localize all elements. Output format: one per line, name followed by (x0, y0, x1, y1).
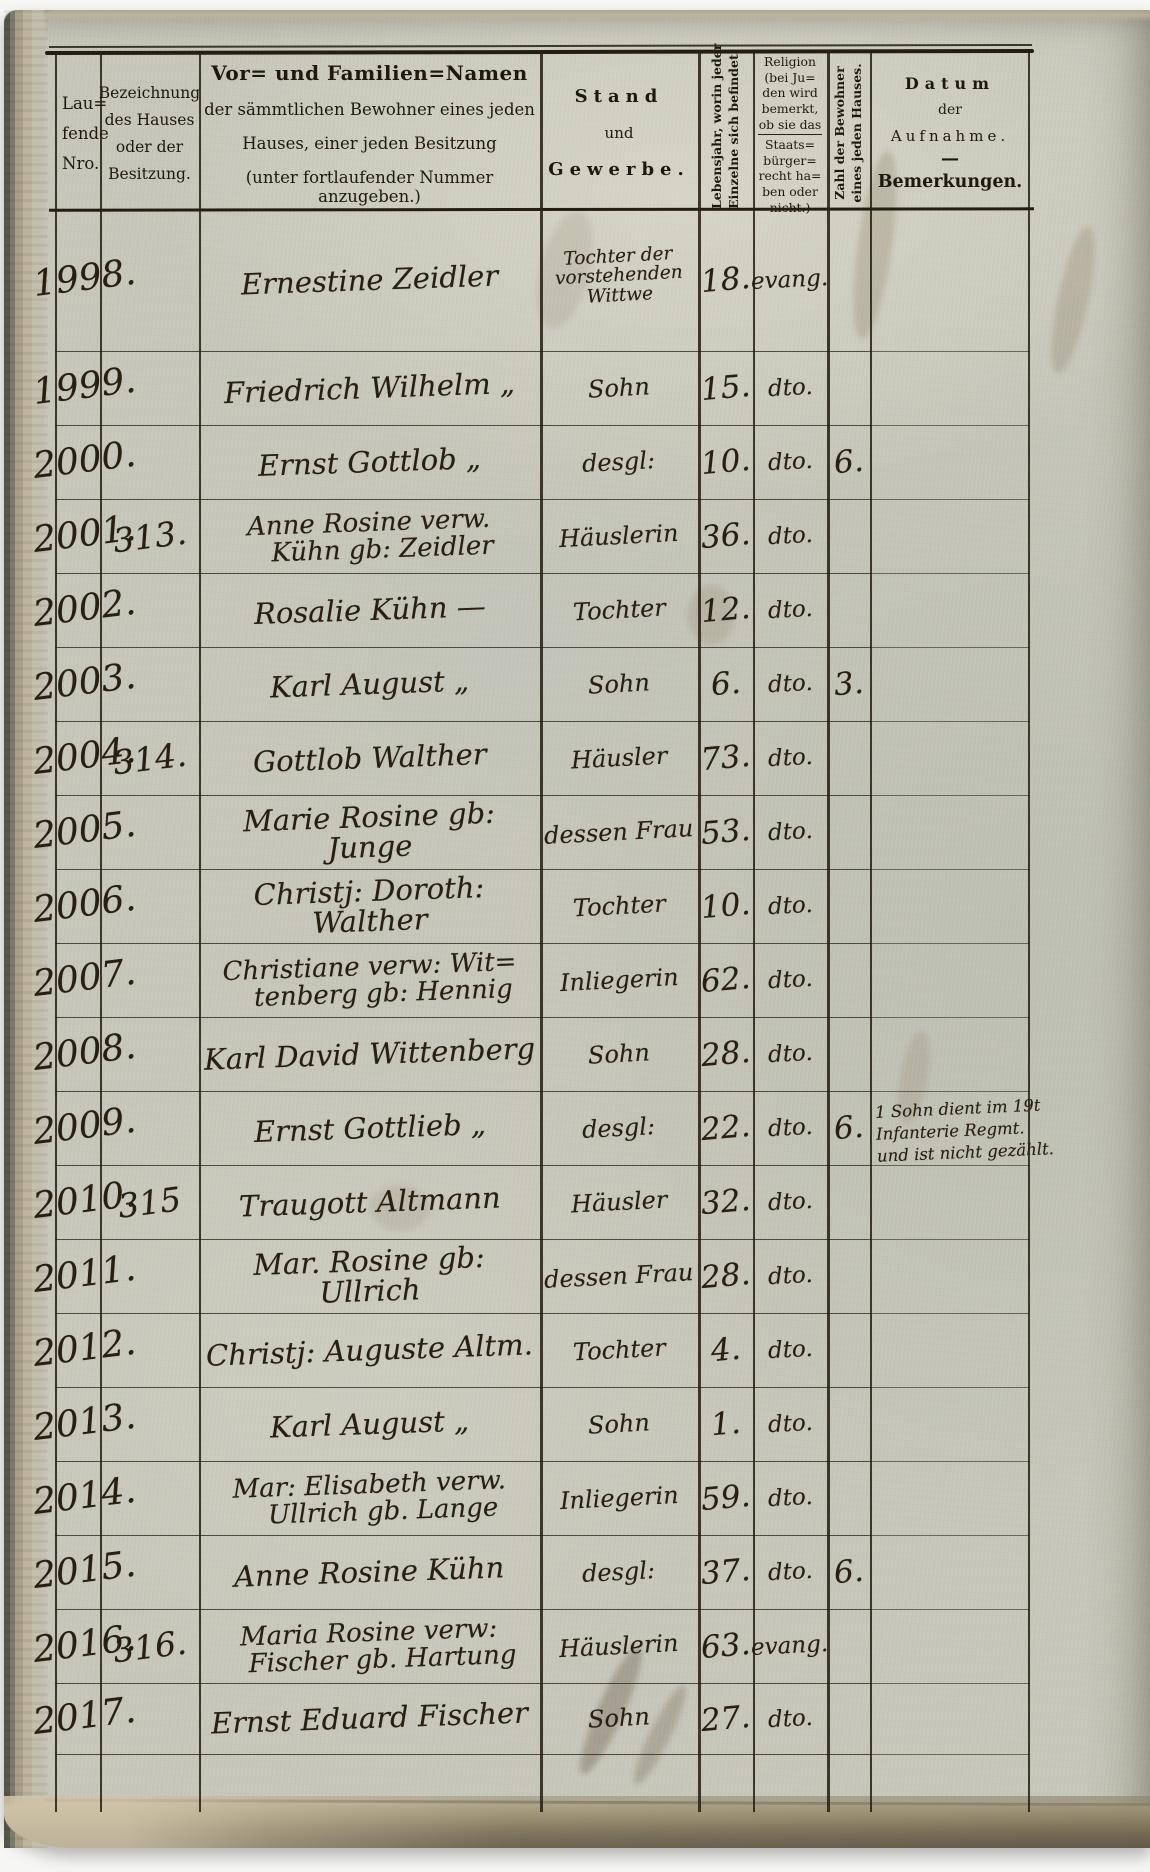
text-line: desgl: (582, 1558, 656, 1587)
house-number-cell (100, 210, 199, 352)
household-count-cell (827, 944, 870, 1018)
household-count-cell: 6. (827, 1092, 870, 1166)
text-line: Häuslerin (559, 1631, 680, 1662)
column-header-age: Lebensjahr, worin jeder Einzelne sich be… (698, 51, 753, 215)
religion: dto. (767, 820, 813, 845)
age: 15. (700, 371, 752, 406)
age-cell: 32. (698, 1166, 753, 1240)
age: 37. (700, 1555, 752, 1590)
text-line: Häuslerin (559, 521, 680, 552)
text-line: Gottlob Walther (252, 740, 487, 778)
resident-name-cell: Ernst Gottlob „ (199, 426, 540, 500)
religion-cell: dto. (753, 1388, 827, 1462)
resident-name: Christj: Auguste Altm. (206, 1330, 534, 1371)
register-row: 2015.Anne Rosine Kühndesgl:37.dto.6. (55, 1536, 1030, 1610)
age-cell: 15. (698, 352, 753, 426)
remark-cell (870, 722, 1030, 796)
text-line: Marie Rosine gb: Junge (198, 797, 541, 868)
occupation: dessen Frau (544, 816, 695, 849)
age: 53. (700, 815, 752, 850)
table-rows: 1998.Ernestine ZeidlerTochter dervorsteh… (55, 210, 1030, 1755)
religion-cell: dto. (753, 796, 827, 870)
occupation: Sohn (587, 374, 650, 402)
age-cell: 36. (698, 500, 753, 574)
remark-cell (870, 1536, 1030, 1610)
register-row: 2005.Marie Rosine gb: Jungedessen Frau53… (55, 796, 1030, 870)
occupation-cell: Sohn (540, 352, 698, 426)
resident-name: Ernst Gottlieb „ (253, 1110, 486, 1148)
house-number-cell (100, 1018, 199, 1092)
occupation: Sohn (587, 1040, 650, 1068)
house-number: 315 (116, 1182, 183, 1222)
remark-cell (870, 426, 1030, 500)
age-cell: 59. (698, 1462, 753, 1536)
house-number-cell (100, 944, 199, 1018)
age: 32. (700, 1185, 752, 1220)
row-number-cell: 2003. (55, 648, 100, 722)
age-cell: 4. (698, 1314, 753, 1388)
age: 28. (700, 1259, 752, 1294)
text-line: desgl: (582, 448, 656, 477)
resident-name-cell: Mar. Rosine gb: Ullrich (199, 1240, 540, 1314)
register-row: 2001.313.Anne Rosine verw.Kühn gb: Zeidl… (55, 500, 1030, 574)
house-number: 314. (111, 738, 188, 780)
column-header-religion: Religion (bei Ju= den wird bemerkt, ob s… (753, 51, 827, 215)
text-line: Sohn (587, 374, 650, 402)
house-number-cell (100, 1536, 199, 1610)
occupation: Tochter dervorstehendenWittwe (554, 244, 685, 309)
register-row: 2000.Ernst Gottlob „desgl:10.dto.6. (55, 426, 1030, 500)
house-number-cell (100, 1684, 199, 1755)
row-number-cell: 2004. (55, 722, 100, 796)
resident-name: Traugott Altmann (238, 1183, 501, 1222)
text-line: Ernst Eduard Fischer (211, 1699, 529, 1740)
column-header-nro: Lau= fende Nro. (55, 51, 100, 215)
remark-cell (870, 500, 1030, 574)
house-number-cell (100, 352, 199, 426)
age-cell: 12. (698, 574, 753, 648)
household-count-cell (827, 1240, 870, 1314)
resident-name-cell: Karl August „ (199, 1388, 540, 1462)
text-line: Sohn (587, 1040, 650, 1068)
house-number: 316. (111, 1626, 188, 1668)
table-grid-line (753, 51, 755, 1812)
remark-cell (870, 1388, 1030, 1462)
register-table: Lau= fende Nro. Bezeichnung des Hauses o… (55, 45, 1030, 1812)
text-line: desgl: (582, 1114, 656, 1143)
row-number-cell: 2010. (55, 1166, 100, 1240)
occupation-cell: Inliegerin (540, 1462, 698, 1536)
header-text-line: des Hauses (105, 111, 195, 129)
header-text-line: der sämmtlichen Bewohner eines jeden (204, 100, 535, 119)
text-line: Mar. Rosine gb: Ullrich (198, 1241, 541, 1312)
resident-name: Anne Rosine Kühn (234, 1553, 505, 1592)
row-number-cell: 2012. (55, 1314, 100, 1388)
resident-name: Maria Rosine verw:Fischer gb. Hartung (222, 1615, 518, 1678)
age: 27. (700, 1701, 752, 1736)
text-line: Kühn gb: Zeidler (271, 532, 494, 566)
house-number-cell: 314. (100, 722, 199, 796)
occupation: dessen Frau (544, 1260, 695, 1293)
household-count-cell: 3. (827, 648, 870, 722)
religion-cell: evang. (753, 210, 827, 352)
occupation: Inliegerin (559, 965, 679, 996)
remark: 1 Sohn dient im 19tInfanterie Regmt.und … (875, 1092, 1098, 1167)
religion: dto. (767, 1486, 813, 1511)
household-count: 6. (832, 1112, 864, 1145)
resident-name-cell: Gottlob Walther (199, 722, 540, 796)
household-count-cell (827, 796, 870, 870)
resident-name: Mar: Elisabeth verw.Ullrich gb. Lange (232, 1467, 507, 1530)
religion-cell: dto. (753, 1536, 827, 1610)
occupation-cell: desgl: (540, 426, 698, 500)
register-row: 2007.Christiane verw: Wit=tenberg gb: He… (55, 944, 1030, 1018)
row-number-cell: 2006. (55, 870, 100, 944)
remark-cell (870, 796, 1030, 870)
remark-cell (870, 210, 1030, 352)
occupation-cell: Häuslerin (540, 1610, 698, 1684)
row-number-cell: 2001. (55, 500, 100, 574)
religion-cell: dto. (753, 648, 827, 722)
religion-cell: dto. (753, 1092, 827, 1166)
resident-name: Mar. Rosine gb: Ullrich (198, 1241, 541, 1312)
age-cell: 37. (698, 1536, 753, 1610)
resident-name: Gottlob Walther (252, 740, 487, 778)
text-line: Karl David Wittenberg (203, 1034, 535, 1075)
resident-name-cell: Friedrich Wilhelm „ (199, 352, 540, 426)
resident-name-cell: Mar: Elisabeth verw.Ullrich gb. Lange (199, 1462, 540, 1536)
header-text-line: Besitzung. (108, 165, 191, 183)
occupation-cell: Tochter (540, 870, 698, 944)
resident-name-cell: Karl August „ (199, 648, 540, 722)
occupation-cell: Häusler (540, 1166, 698, 1240)
religion: dto. (767, 672, 813, 697)
register-row: 2002.Rosalie Kühn —Tochter12.dto. (55, 574, 1030, 648)
header-text-line: bürger= (763, 153, 816, 169)
text-line: Tochter (572, 595, 666, 625)
resident-name: Ernestine Zeidler (240, 261, 498, 300)
rotated-header-count: Zahl der Bewohner eines jeden Hauses. (832, 57, 866, 209)
household-count-cell (827, 352, 870, 426)
occupation: Sohn (587, 670, 650, 698)
text-line: dessen Frau (544, 816, 695, 849)
header-text-line: Gewerbe. (548, 159, 690, 180)
resident-name-cell: Anne Rosine Kühn (199, 1536, 540, 1610)
age: 10. (700, 889, 752, 924)
age-cell: 6. (698, 648, 753, 722)
remark-cell (870, 870, 1030, 944)
register-row: 2009.Ernst Gottlieb „desgl:22.dto.6.1 So… (55, 1092, 1030, 1166)
occupation-cell: Tochter (540, 574, 698, 648)
occupation-cell: desgl: (540, 1092, 698, 1166)
occupation: Häuslerin (559, 1631, 680, 1662)
household-count-cell (827, 1610, 870, 1684)
row-number-cell: 1999. (55, 352, 100, 426)
occupation: Häusler (570, 743, 668, 773)
religion-cell: dto. (753, 1684, 827, 1755)
row-number-cell: 2002. (55, 574, 100, 648)
column-header-datum: Datum der Aufnahme. — Bemerkungen. (870, 51, 1030, 215)
age-cell: 73. (698, 722, 753, 796)
text-line: Häusler (570, 743, 668, 773)
religion-cell: dto. (753, 1462, 827, 1536)
occupation-cell: Sohn (540, 1018, 698, 1092)
resident-name-cell: Ernst Gottlieb „ (199, 1092, 540, 1166)
row-number-cell: 1998. (55, 210, 100, 352)
register-row: 1998.Ernestine ZeidlerTochter dervorsteh… (55, 210, 1030, 352)
occupation-cell: Tochter dervorstehendenWittwe (540, 210, 698, 352)
household-count-cell: 6. (827, 426, 870, 500)
text-line: Friedrich Wilhelm „ (224, 369, 516, 409)
religion-cell: evang. (753, 1610, 827, 1684)
header-text-line: ob sie das (758, 117, 822, 136)
text-line: Ernst Gottlieb „ (253, 1110, 486, 1148)
row-number-cell: 2015. (55, 1536, 100, 1610)
resident-name: Karl August „ (270, 1406, 470, 1443)
text-line: Anne Rosine Kühn (234, 1553, 505, 1592)
register-row: 2006.Christj: Doroth: WaltherTochter10.d… (55, 870, 1030, 944)
age-cell: 63. (698, 1610, 753, 1684)
age: 22. (700, 1111, 752, 1146)
house-number-cell (100, 648, 199, 722)
row-number-cell: 2005. (55, 796, 100, 870)
text-line: dessen Frau (544, 1260, 695, 1293)
age: 36. (700, 519, 752, 554)
occupation-cell: Tochter (540, 1314, 698, 1388)
header-text-line: Staats= (765, 137, 815, 153)
house-number-cell (100, 426, 199, 500)
house-number-cell (100, 1092, 199, 1166)
header-text-line: ben oder (762, 184, 818, 200)
age-cell: 27. (698, 1684, 753, 1755)
religion-cell: dto. (753, 574, 827, 648)
column-header-names: Vor= und Familien=Namen der sämmtlichen … (199, 51, 540, 215)
remark-cell (870, 352, 1030, 426)
religion-cell: dto. (753, 944, 827, 1018)
table-grid-line (540, 51, 543, 1812)
house-number-cell (100, 870, 199, 944)
age-cell: 62. (698, 944, 753, 1018)
resident-name: Karl August „ (270, 666, 470, 703)
table-grid-line (827, 51, 830, 1812)
row-number-cell: 2007. (55, 944, 100, 1018)
household-count-cell (827, 1462, 870, 1536)
header-text-line: Bezeichnung (99, 84, 200, 102)
resident-name-cell: Maria Rosine verw:Fischer gb. Hartung (199, 1610, 540, 1684)
table-grid-line (698, 51, 701, 1812)
table-grid-line (870, 51, 872, 1812)
age: 59. (700, 1481, 752, 1516)
house-number-cell (100, 1240, 199, 1314)
age: 62. (700, 963, 752, 998)
religion: dto. (767, 746, 813, 771)
religion: evang. (751, 267, 829, 294)
header-text-line: Stand (575, 86, 664, 107)
age-cell: 22. (698, 1092, 753, 1166)
religion-cell: dto. (753, 722, 827, 796)
religion: dto. (767, 1706, 813, 1731)
table-grid-line (100, 51, 102, 1812)
table-header: Lau= fende Nro. Bezeichnung des Hauses o… (55, 51, 1030, 208)
header-divider-dash: — (941, 154, 959, 163)
remark-cell (870, 1610, 1030, 1684)
remark-cell (870, 1684, 1030, 1755)
religion-cell: dto. (753, 500, 827, 574)
house-number: 313. (111, 516, 188, 558)
occupation-cell: Sohn (540, 648, 698, 722)
register-row: 2003.Karl August „Sohn6.dto.3. (55, 648, 1030, 722)
religion: dto. (767, 1042, 813, 1067)
religion-cell: dto. (753, 352, 827, 426)
table-grid-line (1028, 51, 1030, 1812)
resident-name: Christiane verw: Wit=tenberg gb: Hennig (222, 949, 518, 1012)
house-number-cell (100, 1388, 199, 1462)
text-line: Sohn (587, 670, 650, 698)
resident-name-cell: Christj: Auguste Altm. (199, 1314, 540, 1388)
header-text-line: (bei Ju= (764, 70, 815, 86)
resident-name-cell: Karl David Wittenberg (199, 1018, 540, 1092)
religion: dto. (767, 968, 813, 993)
house-number-cell (100, 1462, 199, 1536)
occupation: Tochter (572, 891, 666, 921)
rotated-header-age: Lebensjahr, worin jeder Einzelne sich be… (709, 57, 743, 209)
occupation: desgl: (582, 448, 656, 477)
religion-cell: dto. (753, 1240, 827, 1314)
occupation-cell: dessen Frau (540, 1240, 698, 1314)
text-line: Karl August „ (270, 1406, 470, 1443)
remark-cell (870, 1240, 1030, 1314)
household-count: 6. (832, 1556, 864, 1589)
religion-cell: dto. (753, 1018, 827, 1092)
register-row: 2013.Karl August „Sohn1.dto. (55, 1388, 1030, 1462)
text-line: Häusler (570, 1187, 668, 1217)
resident-name: Karl David Wittenberg (203, 1034, 535, 1075)
house-number-cell: 316. (100, 1610, 199, 1684)
row-number-cell: 2017. (55, 1684, 100, 1755)
religion: dto. (767, 524, 813, 549)
age-cell: 53. (698, 796, 753, 870)
resident-name-cell: Christj: Doroth: Walther (199, 870, 540, 944)
row-number-cell: 2011. (55, 1240, 100, 1314)
house-number-cell (100, 1314, 199, 1388)
row-number-cell: 2016. (55, 1610, 100, 1684)
occupation: Häuslerin (559, 521, 680, 552)
religion: dto. (767, 450, 813, 475)
text-line: Christj: Auguste Altm. (206, 1330, 534, 1371)
column-header-house: Bezeichnung des Hauses oder der Besitzun… (100, 51, 199, 215)
resident-name: Ernst Eduard Fischer (211, 1699, 529, 1740)
text-line: Ernst Gottlob „ (258, 444, 482, 481)
header-title: Vor= und Familien=Namen (211, 61, 528, 85)
remark-cell: 1 Sohn dient im 19tInfanterie Regmt.und … (870, 1092, 1030, 1166)
age: 1. (709, 1408, 741, 1441)
register-row: 2014.Mar: Elisabeth verw.Ullrich gb. Lan… (55, 1462, 1030, 1536)
occupation-cell: Sohn (540, 1388, 698, 1462)
age: 73. (700, 741, 752, 776)
occupation: Tochter (572, 595, 666, 625)
remark-cell (870, 648, 1030, 722)
column-header-stand: Stand und Gewerbe. (540, 51, 698, 215)
header-text-line: den wird (762, 85, 818, 101)
religion: dto. (767, 894, 813, 919)
household-count: 6. (832, 446, 864, 479)
resident-name-cell: Anne Rosine verw.Kühn gb: Zeidler (199, 500, 540, 574)
household-count-cell (827, 1018, 870, 1092)
religion: dto. (767, 1190, 813, 1215)
header-text-line: Lebensjahr, worin jeder (709, 57, 726, 209)
resident-name: Christj: Doroth: Walther (198, 871, 541, 942)
column-header-count: Zahl der Bewohner eines jeden Hauses. (827, 51, 870, 215)
remark-cell (870, 1314, 1030, 1388)
religion-cell: dto. (753, 1314, 827, 1388)
household-count-cell (827, 574, 870, 648)
table-top-rule-thin (49, 44, 1032, 48)
register-row: 2017.Ernst Eduard FischerSohn27.dto. (55, 1684, 1030, 1755)
occupation: desgl: (582, 1558, 656, 1587)
table-grid-line (55, 51, 57, 1812)
occupation-cell: Inliegerin (540, 944, 698, 1018)
row-number-cell: 2013. (55, 1388, 100, 1462)
age: 28. (700, 1037, 752, 1072)
age-cell: 28. (698, 1240, 753, 1314)
text-line: Tochter (572, 891, 666, 921)
household-count-cell (827, 500, 870, 574)
resident-name-cell: Marie Rosine gb: Junge (199, 796, 540, 870)
occupation: Inliegerin (559, 1483, 679, 1514)
age: 10. (700, 445, 752, 480)
table-grid-line (199, 51, 201, 1812)
age: 6. (709, 668, 741, 701)
header-text-line: Hauses, einer jeden Besitzung (242, 134, 496, 153)
occupation: desgl: (582, 1114, 656, 1143)
age: 63. (700, 1629, 752, 1664)
resident-name: Friedrich Wilhelm „ (224, 369, 516, 409)
resident-name-cell: Traugott Altmann (199, 1166, 540, 1240)
header-text-line: Nro. (62, 154, 99, 173)
household-count-cell (827, 1684, 870, 1755)
religion: dto. (767, 1264, 813, 1289)
age: 18. (700, 263, 752, 298)
age-cell: 10. (698, 426, 753, 500)
occupation-cell: Häuslerin (540, 500, 698, 574)
occupation-cell: desgl: (540, 1536, 698, 1610)
remark-cell (870, 1018, 1030, 1092)
occupation-cell: Sohn (540, 1684, 698, 1755)
household-count-cell (827, 210, 870, 352)
header-text-line: bemerkt, (762, 101, 819, 117)
header-text-line: und (605, 124, 634, 142)
register-row: 2011.Mar. Rosine gb: Ullrichdessen Frau2… (55, 1240, 1030, 1314)
register-row: 2004.314.Gottlob WaltherHäusler73.dto. (55, 722, 1030, 796)
row-number-cell: 2000. (55, 426, 100, 500)
text-line: Ullrich gb. Lange (259, 1494, 507, 1529)
household-count-cell (827, 1388, 870, 1462)
remark-cell (870, 944, 1030, 1018)
register-row: 2012.Christj: Auguste Altm.Tochter4.dto. (55, 1314, 1030, 1388)
religion: dto. (767, 376, 813, 401)
resident-name-cell: Rosalie Kühn — (199, 574, 540, 648)
register-row: 2010.315Traugott AltmannHäusler32.dto. (55, 1166, 1030, 1240)
register-row: 2008.Karl David WittenbergSohn28.dto. (55, 1018, 1030, 1092)
age: 12. (700, 593, 752, 628)
household-count: 3. (832, 668, 864, 701)
remark-cell (870, 574, 1030, 648)
resident-name: Ernst Gottlob „ (258, 444, 482, 481)
household-count-cell (827, 722, 870, 796)
header-text-line: oder der (116, 138, 183, 156)
text-line: Inliegerin (559, 965, 679, 996)
header-text-line: Aufnahme. (891, 127, 1009, 145)
